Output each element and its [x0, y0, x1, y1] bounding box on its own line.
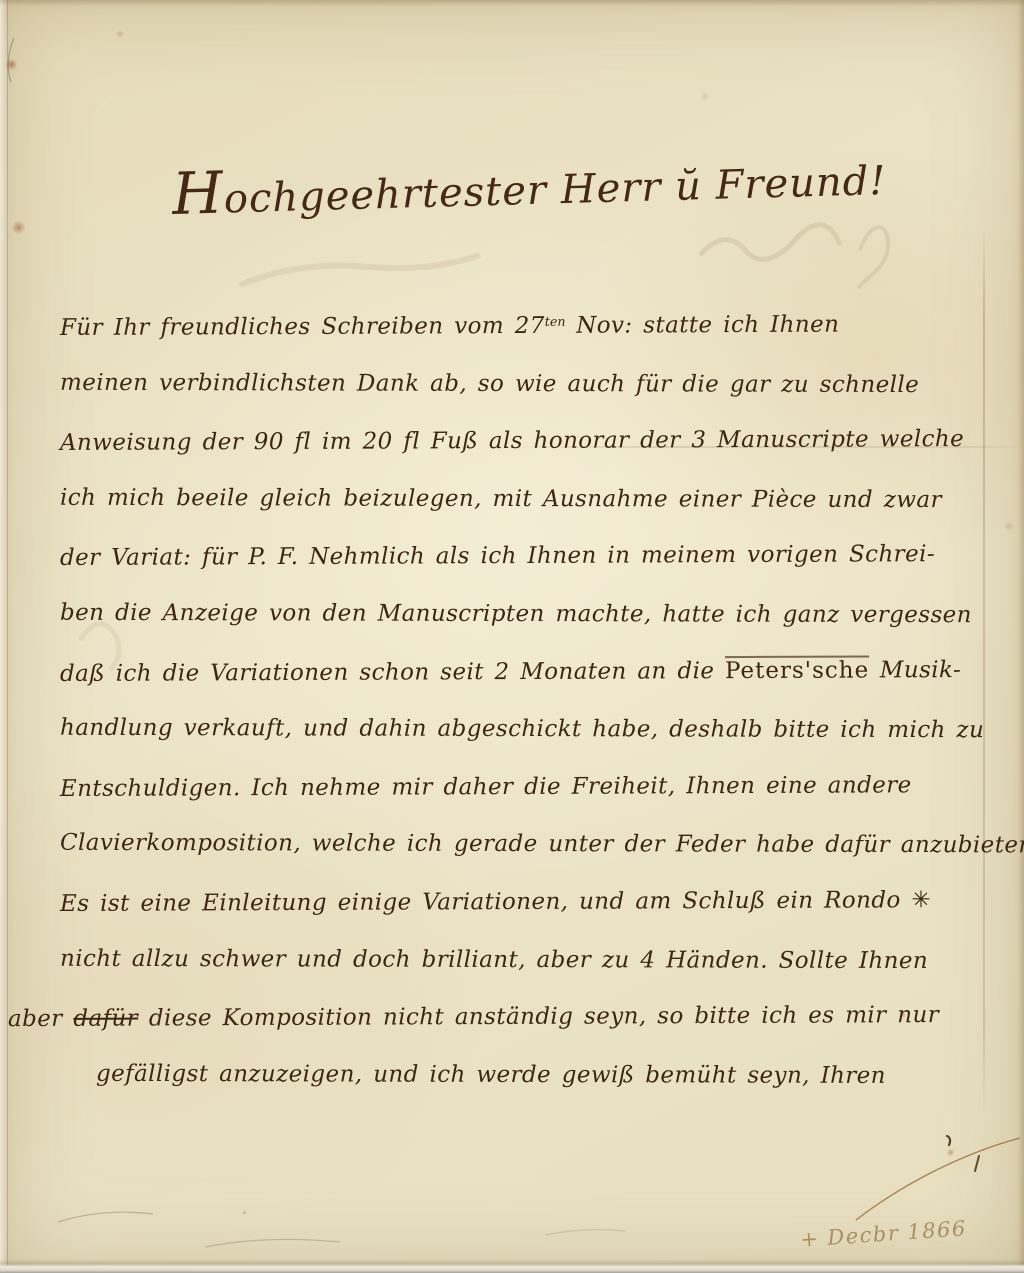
letter-line-5: der Variat: für P. F. Nehmlich als ich I…: [60, 526, 972, 588]
line-text: Nov: statte ich Ihnen: [565, 312, 839, 339]
right-paper-edge: [1018, 0, 1024, 1273]
ink-bleed-ghost: [700, 225, 840, 260]
ink-bleed-ghost: [858, 227, 888, 288]
pencil-smudge: [58, 1212, 153, 1222]
letter-line-14: gefälligst anzuzeigen, und ich werde gew…: [96, 1046, 972, 1106]
foxing-spot: [242, 1210, 247, 1215]
letter-line-1: Für Ihr freundliches Schreiben vom 27ten…: [60, 291, 972, 358]
letter-line-12: nicht allzu schwer und doch brilliant, a…: [60, 930, 972, 990]
stray-pen-stroke: [856, 1138, 1020, 1220]
line-text: ben die Anzeige von den Manuscripten mac…: [60, 600, 972, 628]
line-text: Entschuldigen. Ich nehme mir daher die F…: [60, 772, 912, 802]
line-text: daß ich die Variationen schon seit 2 Mon…: [60, 658, 725, 687]
line-text: Musik-: [869, 657, 961, 683]
letter-line-9: Entschuldigen. Ich nehme mir daher die F…: [60, 757, 972, 819]
letter-body: Für Ihr freundliches Schreiben vom 27ten…: [60, 293, 972, 1104]
letter-line-6: ben die Anzeige von den Manuscripten mac…: [60, 585, 972, 645]
superscript-date-suffix: ten: [545, 314, 566, 329]
line-text: nicht allzu schwer und doch brilliant, a…: [60, 945, 928, 973]
pencil-smudge: [205, 1239, 340, 1247]
line-text: Clavierkomposition, welche ich gerade un…: [60, 830, 1024, 859]
foxing-spot: [116, 30, 124, 38]
letter-line-13: aber dafür diese Komposition nicht anstä…: [8, 987, 972, 1049]
paper-crease-vertical: [983, 225, 985, 1115]
letter-line-7: daß ich die Variationen schon seit 2 Mon…: [60, 642, 972, 704]
line-text: meinen verbindlichsten Dank ab, so wie a…: [60, 369, 919, 397]
letter-line-8: handlung verkauft, und dahin abgeschickt…: [60, 700, 972, 760]
line-text: Für Ihr freundliches Schreiben vom 27: [60, 313, 545, 341]
bottom-paper-edge: [0, 1259, 1024, 1273]
letter-line-3: Anweisung der 90 fl im 20 fl Fuß als hon…: [60, 411, 972, 473]
foxing-spot: [12, 220, 25, 235]
line-text: handlung verkauft, und dahin abgeschickt…: [60, 715, 984, 743]
line-text: aber: [8, 1006, 73, 1032]
left-paper-edge: [0, 0, 8, 1273]
pencil-smudge: [545, 1230, 625, 1235]
line-text: gefälligst anzuzeigen, und ich werde gew…: [96, 1061, 886, 1089]
line-text: Anweisung der 90 fl im 20 fl Fuß als hon…: [60, 426, 964, 456]
letter-line-4: ich mich beeile gleich beizulegen, mit A…: [60, 470, 972, 530]
foxing-spot: [1004, 520, 1014, 532]
line-text: ich mich beeile gleich beizulegen, mit A…: [60, 485, 942, 513]
line-text: der Variat: für P. F. Nehmlich als ich I…: [60, 542, 935, 572]
letter-line-2: meinen verbindlichsten Dank ab, so wie a…: [60, 354, 972, 414]
salutation: Hochgeehrtester Herr ŭ Freund!: [171, 140, 887, 228]
letter-page: Hochgeehrtester Herr ŭ Freund! Für Ihr f…: [0, 0, 1024, 1273]
letter-line-11: Es ist eine Einleitung einige Variatione…: [60, 872, 972, 934]
foxing-spot: [946, 1148, 955, 1157]
ink-comma-mark: [947, 1136, 950, 1145]
line-text: Es ist eine Einleitung einige Variatione…: [60, 887, 931, 917]
line-text: diese Komposition nicht anständig seyn, …: [138, 1002, 939, 1031]
ink-bleed-ghost: [240, 255, 480, 285]
top-paper-edge: [0, 0, 1024, 6]
foxing-spot: [700, 92, 710, 101]
letter-line-10: Clavierkomposition, welche ich gerade un…: [60, 815, 972, 875]
foxing-spot: [6, 58, 17, 71]
ink-tick-mark: [975, 1156, 979, 1171]
struck-word: dafür: [73, 1006, 138, 1032]
latin-script-name: Peters'sche: [725, 657, 869, 684]
archivist-date-note: + Decbr 1866: [799, 1216, 967, 1252]
